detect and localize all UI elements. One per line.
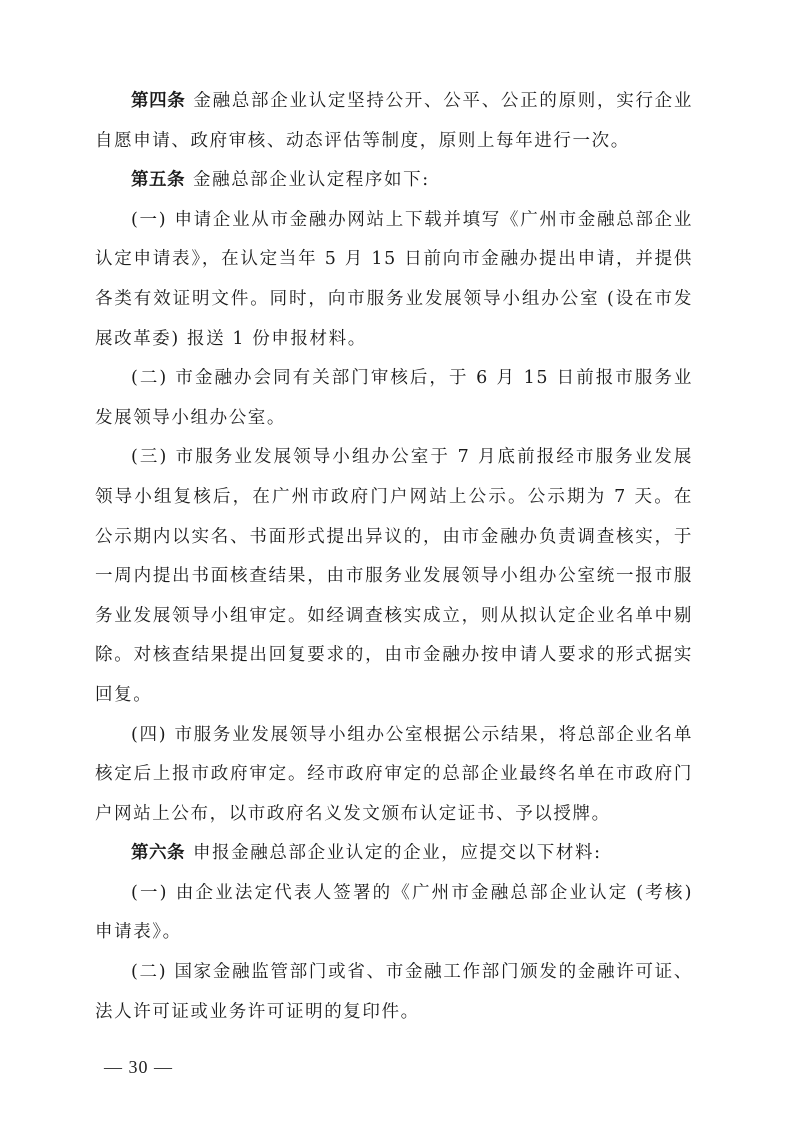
page-number: — 30 — <box>104 1057 173 1078</box>
article-5: 第五条金融总部企业认定程序如下: <box>95 161 693 201</box>
clause-5-1: (一) 申请企业从市金融办网站上下载并填写《广州市金融总部企业认定申请表》，在认… <box>95 201 693 359</box>
article-6: 第六条申报金融总部企业认定的企业，应提交以下材料: <box>95 834 693 874</box>
document-body: 第四条金融总部企业认定坚持公开、公平、公正的原则，实行企业自愿申请、政府审核、动… <box>95 82 693 1032</box>
article-4: 第四条金融总部企业认定坚持公开、公平、公正的原则，实行企业自愿申请、政府审核、动… <box>95 82 693 161</box>
clause-5-4: (四) 市服务业发展领导小组办公室根据公示结果，将总部企业名单核定后上报市政府审… <box>95 716 693 835</box>
article-heading: 第六条 <box>131 843 185 863</box>
article-text: 金融总部企业认定程序如下: <box>193 170 430 190</box>
article-text: 申报金融总部企业认定的企业，应提交以下材料: <box>193 843 602 863</box>
clause-5-3: (三) 市服务业发展领导小组办公室于 7 月底前报经市服务业发展领导小组复核后，… <box>95 438 693 715</box>
clause-5-2: (二) 市金融办会同有关部门审核后，于 6 月 15 日前报市服务业发展领导小组… <box>95 359 693 438</box>
article-heading: 第四条 <box>131 91 185 111</box>
clause-6-1: (一) 由企业法定代表人签署的《广州市金融总部企业认定 (考核) 申请表》。 <box>95 874 693 953</box>
article-heading: 第五条 <box>131 170 185 190</box>
clause-6-2: (二) 国家金融监管部门或省、市金融工作部门颁发的金融许可证、法人许可证或业务许… <box>95 953 693 1032</box>
